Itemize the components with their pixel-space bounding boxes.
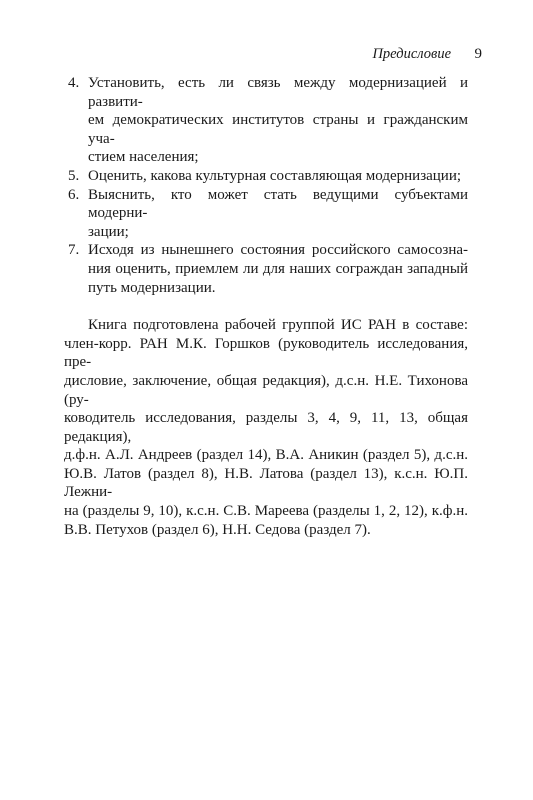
list-item-line: ния оценить, приемлем ли для наших согра… [88, 260, 468, 279]
page-body: 4. Установить, есть ли связь между модер… [64, 74, 468, 539]
list-item-line: ем демократических институтов страны и г… [88, 111, 468, 148]
list-item-line: Выяснить, кто может стать ведущими субъе… [88, 186, 468, 223]
objectives-list: 4. Установить, есть ли связь между модер… [64, 74, 468, 297]
page-number: 9 [475, 46, 483, 63]
list-item-line: Установить, есть ли связь между модерниз… [88, 74, 468, 111]
paragraph-line: Книга подготовлена рабочей группой ИС РА… [64, 316, 468, 335]
list-item-number: 6. [68, 186, 79, 205]
paragraph-line: ководитель исследования, разделы 3, 4, 9… [64, 409, 468, 446]
paragraph-line: член-корр. РАН М.К. Горшков (руководител… [64, 335, 468, 372]
paragraph-line: Ю.В. Латов (раздел 8), Н.В. Латова (разд… [64, 465, 468, 502]
list-item-number: 4. [68, 74, 79, 93]
list-item-number: 7. [68, 241, 79, 260]
list-item-number: 5. [68, 167, 79, 186]
list-item: 7. Исходя из нынешнего состояния российс… [64, 241, 468, 297]
list-item: 5. Оценить, какова культурная составляющ… [64, 167, 468, 186]
running-title: Предисловие [372, 46, 451, 63]
paragraph-line: В.В. Петухов (раздел 6), Н.Н. Седова (ра… [64, 521, 468, 540]
page-header: Предисловие 9 [0, 46, 533, 66]
list-item-line: зации; [88, 223, 468, 242]
paragraph-line: на (разделы 9, 10), к.с.н. С.В. Мареева … [64, 502, 468, 521]
paragraph-line: д.ф.н. А.Л. Андреев (раздел 14), В.А. Ан… [64, 446, 468, 465]
paragraph-line: дисловие, заключение, общая редакция), д… [64, 372, 468, 409]
list-item: 6. Выяснить, кто может стать ведущими су… [64, 186, 468, 242]
list-item-line: Исходя из нынешнего состояния российског… [88, 241, 468, 260]
list-item-line: стием населения; [88, 148, 468, 167]
list-item-line: Оценить, какова культурная составляющая … [88, 167, 468, 186]
authors-paragraph: Книга подготовлена рабочей группой ИС РА… [64, 316, 468, 539]
list-item-line: путь модернизации. [88, 279, 468, 298]
list-item: 4. Установить, есть ли связь между модер… [64, 74, 468, 167]
